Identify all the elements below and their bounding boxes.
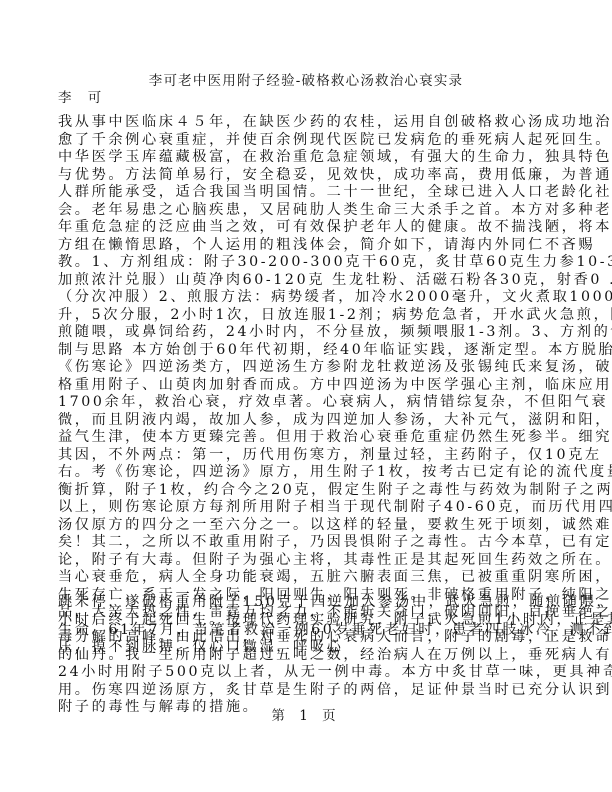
text-line: （分次冲服）2、煎服方法：病势缓者，加冷水2000毫升，文火煮取1000毫 xyxy=(58,289,550,307)
text-line: 愈了千余例心衰重症，并使百余例现代医院已发病危的垂死病人起死回生。 xyxy=(58,132,550,150)
text-line: 跳未停，遂破格重用附子150克于四逆加人参汤中，武火急煎，随煎随喂，1 xyxy=(58,594,550,612)
text-line: 与优势。方法简单易行，安全稳妥，见效快，成功率高，费用低廉，为普通 xyxy=(58,167,550,185)
text-line: 论，附子有大毒。但附子为强心主将，其毒性正是其起死回生药效之所在。 xyxy=(58,552,550,570)
text-line: 方组在懒惰思路，个人运用的粗浅体会，简介如下，请海内外同仁不吝赐 xyxy=(58,237,550,255)
text-line: 人群所能承受，适合我国当明国情。二十一世纪，全球已进入人口老龄化社 xyxy=(58,184,550,202)
text-line: 《伤寒论》四逆汤类方，四逆汤生方参附龙牡救逆汤及张锡纯氏来复汤，破 xyxy=(58,359,550,377)
text-line: 的仙丹。我一生所用附子超过五吨之数，经治病人在万例以上，垂死病人有 xyxy=(58,647,550,665)
text-line: 矣！其二，之所以不敢重用附子，乃因畏惧附子之毒性。古今本草，已有定 xyxy=(58,534,550,552)
document-author: 李 可 xyxy=(58,86,107,106)
text-line: 益气生津，使本方更臻完善。但用于救治心衰垂危重症仍然生死参半。细究 xyxy=(58,429,550,447)
text-line: 衡折算，附子1枚，约合今之20克，假定生附子之毒性与药效为制附子之两倍 xyxy=(58,482,550,500)
text-line: 制与思路 本方始创于60年代初期，经40年临证实践，逐渐定型。本方脱胎于 xyxy=(58,342,550,360)
text-line: 小时后终于起死回生。按理代药理实验研究，附子武火急煎1小时内，正是其 xyxy=(58,612,550,630)
text-line: 我从事中医临床４５年，在缺医少药的农桂，运用自创破格救心汤成功地治 xyxy=(58,114,550,132)
text-line: 其因，不外两点：第一，历代用伤寒方，剂量过轻，主药附子，仅10克左 xyxy=(58,447,550,465)
text-line: 汤仅原方的四分之一至六分之一。以这样的轻量，要救生死于顷刻，诚然难 xyxy=(58,517,550,535)
text-line: 用。伤寒四逆汤原方，炙甘草是生附子的两倍，足证仲景当时已充分认识到 xyxy=(58,682,550,700)
text-line: 教。1、方剂组成：附子30-200-300克干60克，炙甘草60克生力参10-3… xyxy=(58,254,550,272)
text-line: 当心衰垂危，病人全身功能衰竭，五脏六腑表面三焦，已被重重阴寒所困， xyxy=(58,569,550,587)
text-line: 年重危急症的泛应曲当之效，可有效保护老年人的健康。故不揣浅陋，将本 xyxy=(58,219,550,237)
text-line: 1700余年，救治心衰，疗效卓著。心衰病人，病情错综复杂，不但阳气衰 xyxy=(58,394,550,412)
text-line: 右。考《伤寒论，四逆汤》原方，用生附子1枚，按考古已定有论的流代度量 xyxy=(58,464,550,482)
paragraph-1: 我从事中医临床４５年，在缺医少药的农桂，运用自创破格救心汤成功地治 愈了千余例心… xyxy=(58,114,550,657)
page-number: 第 1 页 xyxy=(0,704,612,724)
paragraph-2: 跳未停，遂破格重用附子150克于四逆加人参汤中，武火急煎，随煎随喂，1 小时后终… xyxy=(58,594,550,717)
text-line: 会。老年易患之心脑疾患，又居砘肋人类生命三大杀手之首。本方对多种老 xyxy=(58,202,550,220)
text-line: 微，而且阴液内竭，故加人参，成为四逆加人参汤，大补元气，滋阴和阳， xyxy=(58,412,550,430)
document-page: 李可老中医用附子经验-破格救心汤救治心衰实录 李 可 我从事中医临床４５年，在缺… xyxy=(0,0,612,792)
text-line: 煎随喂，或鼻饲给药，24小时内，不分昼放，频频喂服1-3剂。3、方剂的创 xyxy=(58,324,550,342)
text-line: 24小时用附子500克以上者，从无一例中毒。本方中炙甘草一味，更具神奇妙 xyxy=(58,664,550,682)
text-line: 升，5次分服，2小时1次，日放连服1-2剂；病势危急者，开水武火急煎，随 xyxy=(58,307,550,325)
text-line: 加煎浓汁兑服）山萸净肉60-120克 生龙牡粉、活磁石粉各30克，射香0 .5克 xyxy=(58,272,550,290)
text-line: 中华医学玉库蕴藏极富，在救治重危急症领域，有强大的生命力，独具特色 xyxy=(58,149,550,167)
text-line: 以上，则伤寒论原方每剂所用附子相当于现代制附子40-60克，而历代用四逆 xyxy=(58,499,550,517)
text-line: 毒分解的高峰。由此悟出，对垂死的心衰病人而言，附子的剧毒，正是救命 xyxy=(58,629,550,647)
text-line: 格重用附子、山萸肉加射香而成。方中四逆汤为中医学强心主剂，临床应用 xyxy=(58,377,550,395)
